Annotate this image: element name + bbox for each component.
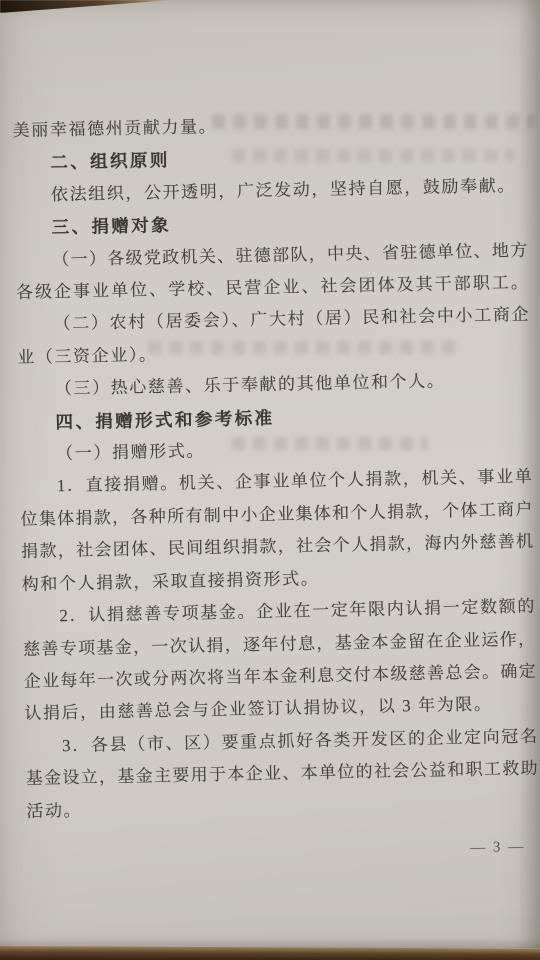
paper-edge-shadow — [518, 0, 540, 960]
page-number: — 3 — — [27, 831, 540, 874]
table-edge — [0, 946, 540, 960]
document-page-photo: 美丽幸福德州贡献力量。 二、组织原则 依法组织，公开透明，广泛发动，坚持自愿，鼓… — [0, 0, 540, 960]
document-text-block: 美丽幸福德州贡献力量。 二、组织原则 依法组织，公开透明，广泛发动，坚持自愿，鼓… — [12, 105, 539, 873]
table-corner-background — [0, 0, 172, 13]
